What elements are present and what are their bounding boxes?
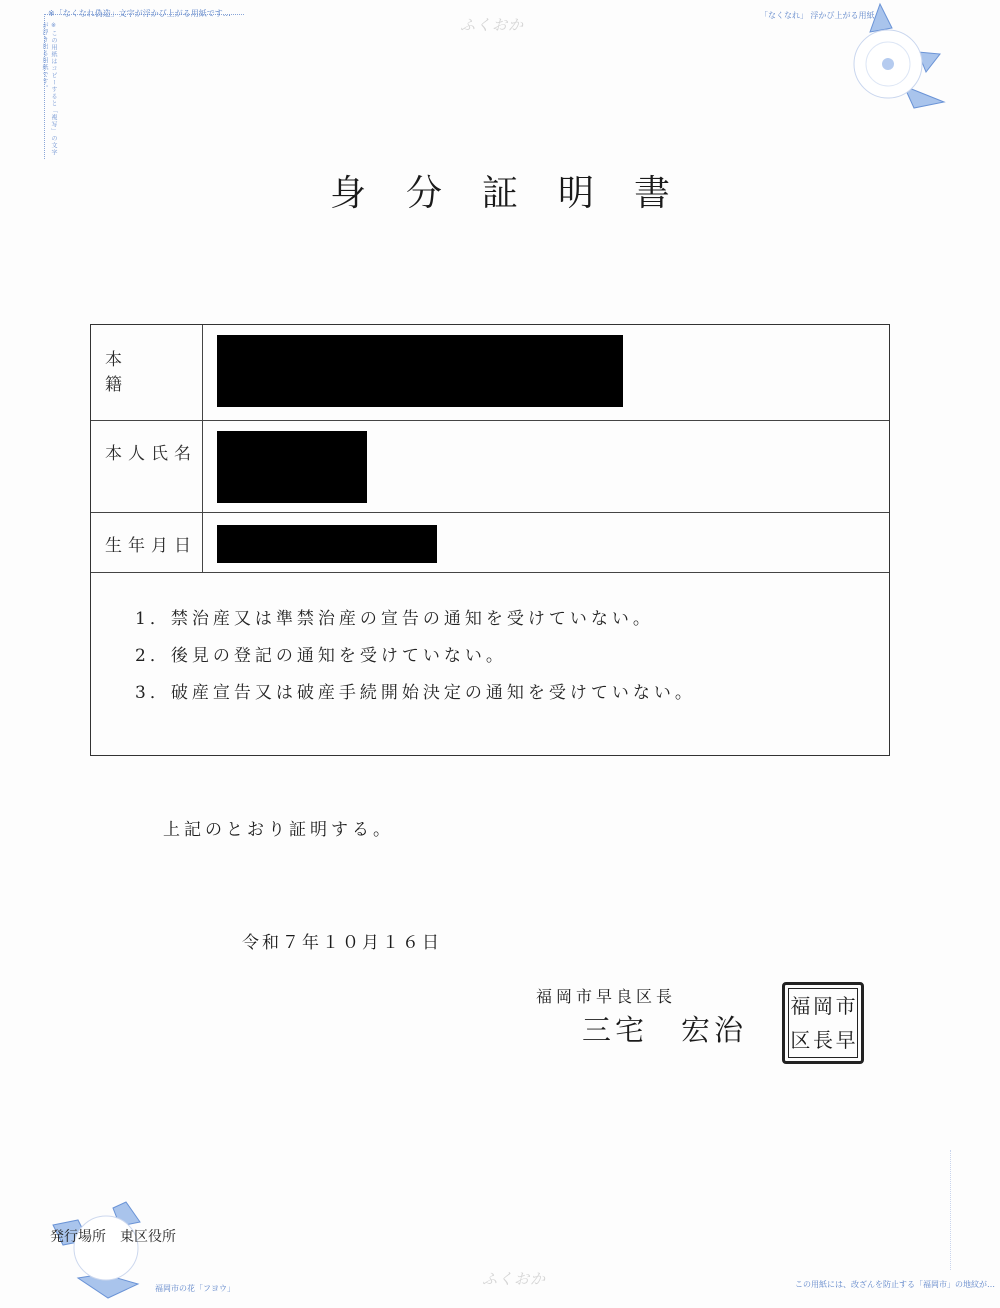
flower-caption: 福岡市の花「フヨウ」 <box>155 1283 235 1294</box>
statement-item: 2．後見の登記の通知を受けていない。 <box>135 638 696 675</box>
certificate-table: 本 籍 本人氏名 生年月日 1．禁治産又は準禁治産の宣告の通知を受けていない。 … <box>90 324 890 756</box>
field-row-name: 本人氏名 <box>91 421 889 513</box>
issuer-name: 三宅 宏治 <box>582 1008 747 1049</box>
bottom-right-fine-print: この用紙には、改ざんを防止する「福岡市」の地紋が… <box>795 1279 995 1290</box>
top-left-fine-print: ※「なくなれ偽造」文字が浮かび上がる用紙です… <box>48 8 231 19</box>
document-title: 身分証明書 <box>0 165 1000 216</box>
redacted-value <box>217 525 437 563</box>
seal-char: 福 <box>789 996 812 1016</box>
security-border-right <box>950 1150 951 1270</box>
issuer-office: 福岡市早良区長 <box>536 984 676 1007</box>
seal-char: 市 <box>834 996 857 1016</box>
statement-item: 1．禁治産又は準禁治産の宣告の通知を受けていない。 <box>135 601 696 638</box>
field-label: 本 籍 <box>105 345 202 395</box>
seal-char: 早 <box>834 1030 857 1050</box>
issue-place: 発行場所 東区役所 <box>50 1226 176 1246</box>
camellia-flower-icon <box>840 2 950 112</box>
left-vertical-fine-print: ※この用紙はコピーすると「複写」の文字が浮き出る用紙です。 <box>40 22 58 162</box>
top-watermark: ふくおか <box>460 14 524 35</box>
official-seal: 福 岡 市 区 長 早 <box>782 982 864 1064</box>
redacted-value <box>217 335 623 407</box>
statement-item: 3．破産宣告又は破産手続開始決定の通知を受けていない。 <box>135 675 696 712</box>
bottom-watermark: ふくおか <box>482 1268 546 1289</box>
certification-text: 上記のとおり証明する。 <box>163 815 394 840</box>
field-label: 生年月日 <box>105 531 197 556</box>
seal-char: 岡 <box>812 996 835 1016</box>
fuyou-flower-icon <box>48 1200 158 1300</box>
statements-section: 1．禁治産又は準禁治産の宣告の通知を受けていない。 2．後見の登記の通知を受けて… <box>91 573 889 755</box>
seal-char: 長 <box>812 1030 835 1050</box>
field-label: 本人氏名 <box>105 439 197 464</box>
field-row-birthdate: 生年月日 <box>91 513 889 573</box>
redacted-value <box>217 431 367 503</box>
issue-date: 令和７年１０月１６日 <box>242 928 442 953</box>
field-row-honseki: 本 籍 <box>91 325 889 421</box>
seal-char: 区 <box>789 1030 812 1050</box>
